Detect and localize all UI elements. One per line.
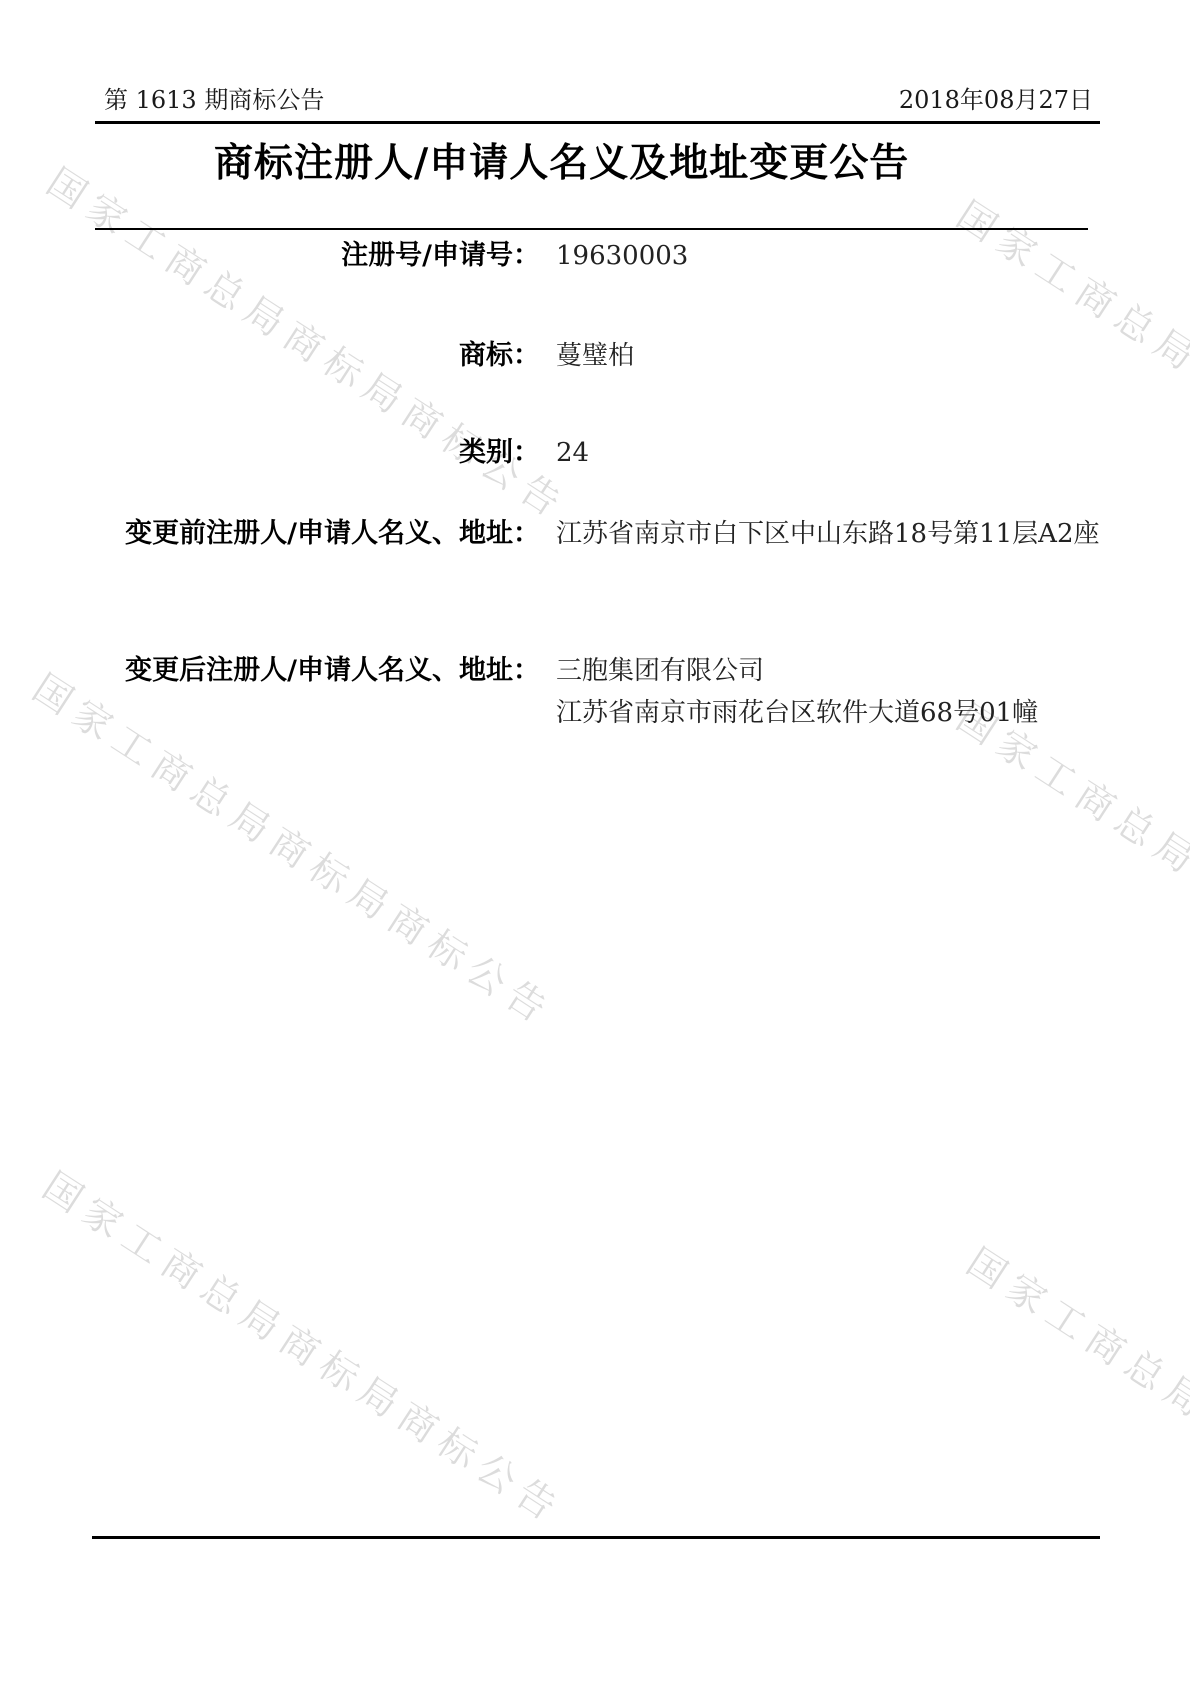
field-value-line: 江苏省南京市雨花台区软件大道68号01幢 [556,697,1116,729]
field-value: 江苏省南京市白下区中山东路18号第11层A2座 [556,518,1116,550]
header-issue-number: 第 1613 期商标公告 [104,86,324,114]
field-label: 商标： [0,340,540,372]
field-value-line: 蔓璧柏 [556,340,1116,372]
footer-divider [92,1536,1100,1539]
page-title: 商标注册人/申请人名义及地址变更公告 [214,140,909,186]
field-label: 变更后注册人/申请人名义、地址： [0,655,540,687]
field-value-line: 19630003 [556,240,1116,272]
field-label: 类别： [0,437,540,469]
field-value-line: 三胞集团有限公司 [556,655,1116,687]
header-divider [95,121,1100,124]
watermark-text: 国家工商总局商标局商标公告 [24,658,566,1037]
field-value-line: 江苏省南京市白下区中山东路18号第11层A2座 [556,518,1116,550]
header-date: 2018年08月27日 [899,86,1093,114]
field-label: 变更前注册人/申请人名义、地址： [0,518,540,550]
watermark-text: 国家工商总局商标局商标公告 [34,1156,576,1535]
field-value: 19630003 [556,240,1116,272]
watermark-text: 国家工商总局商标局商标公告 [958,1232,1190,1611]
trademark-announcement-page: 国家工商总局商标局商标公告 国家工商总局商标局商标公告 国家工商总局商标局商标公… [0,0,1190,1684]
field-value: 三胞集团有限公司 江苏省南京市雨花台区软件大道68号01幢 [556,655,1116,729]
watermark-text: 国家工商总局商标局商标公告 [948,688,1190,1067]
field-value: 24 [556,437,1116,469]
title-divider [95,228,1088,230]
field-label: 注册号/申请号： [0,240,540,272]
field-value-line: 24 [556,437,1116,469]
field-value: 蔓璧柏 [556,340,1116,372]
